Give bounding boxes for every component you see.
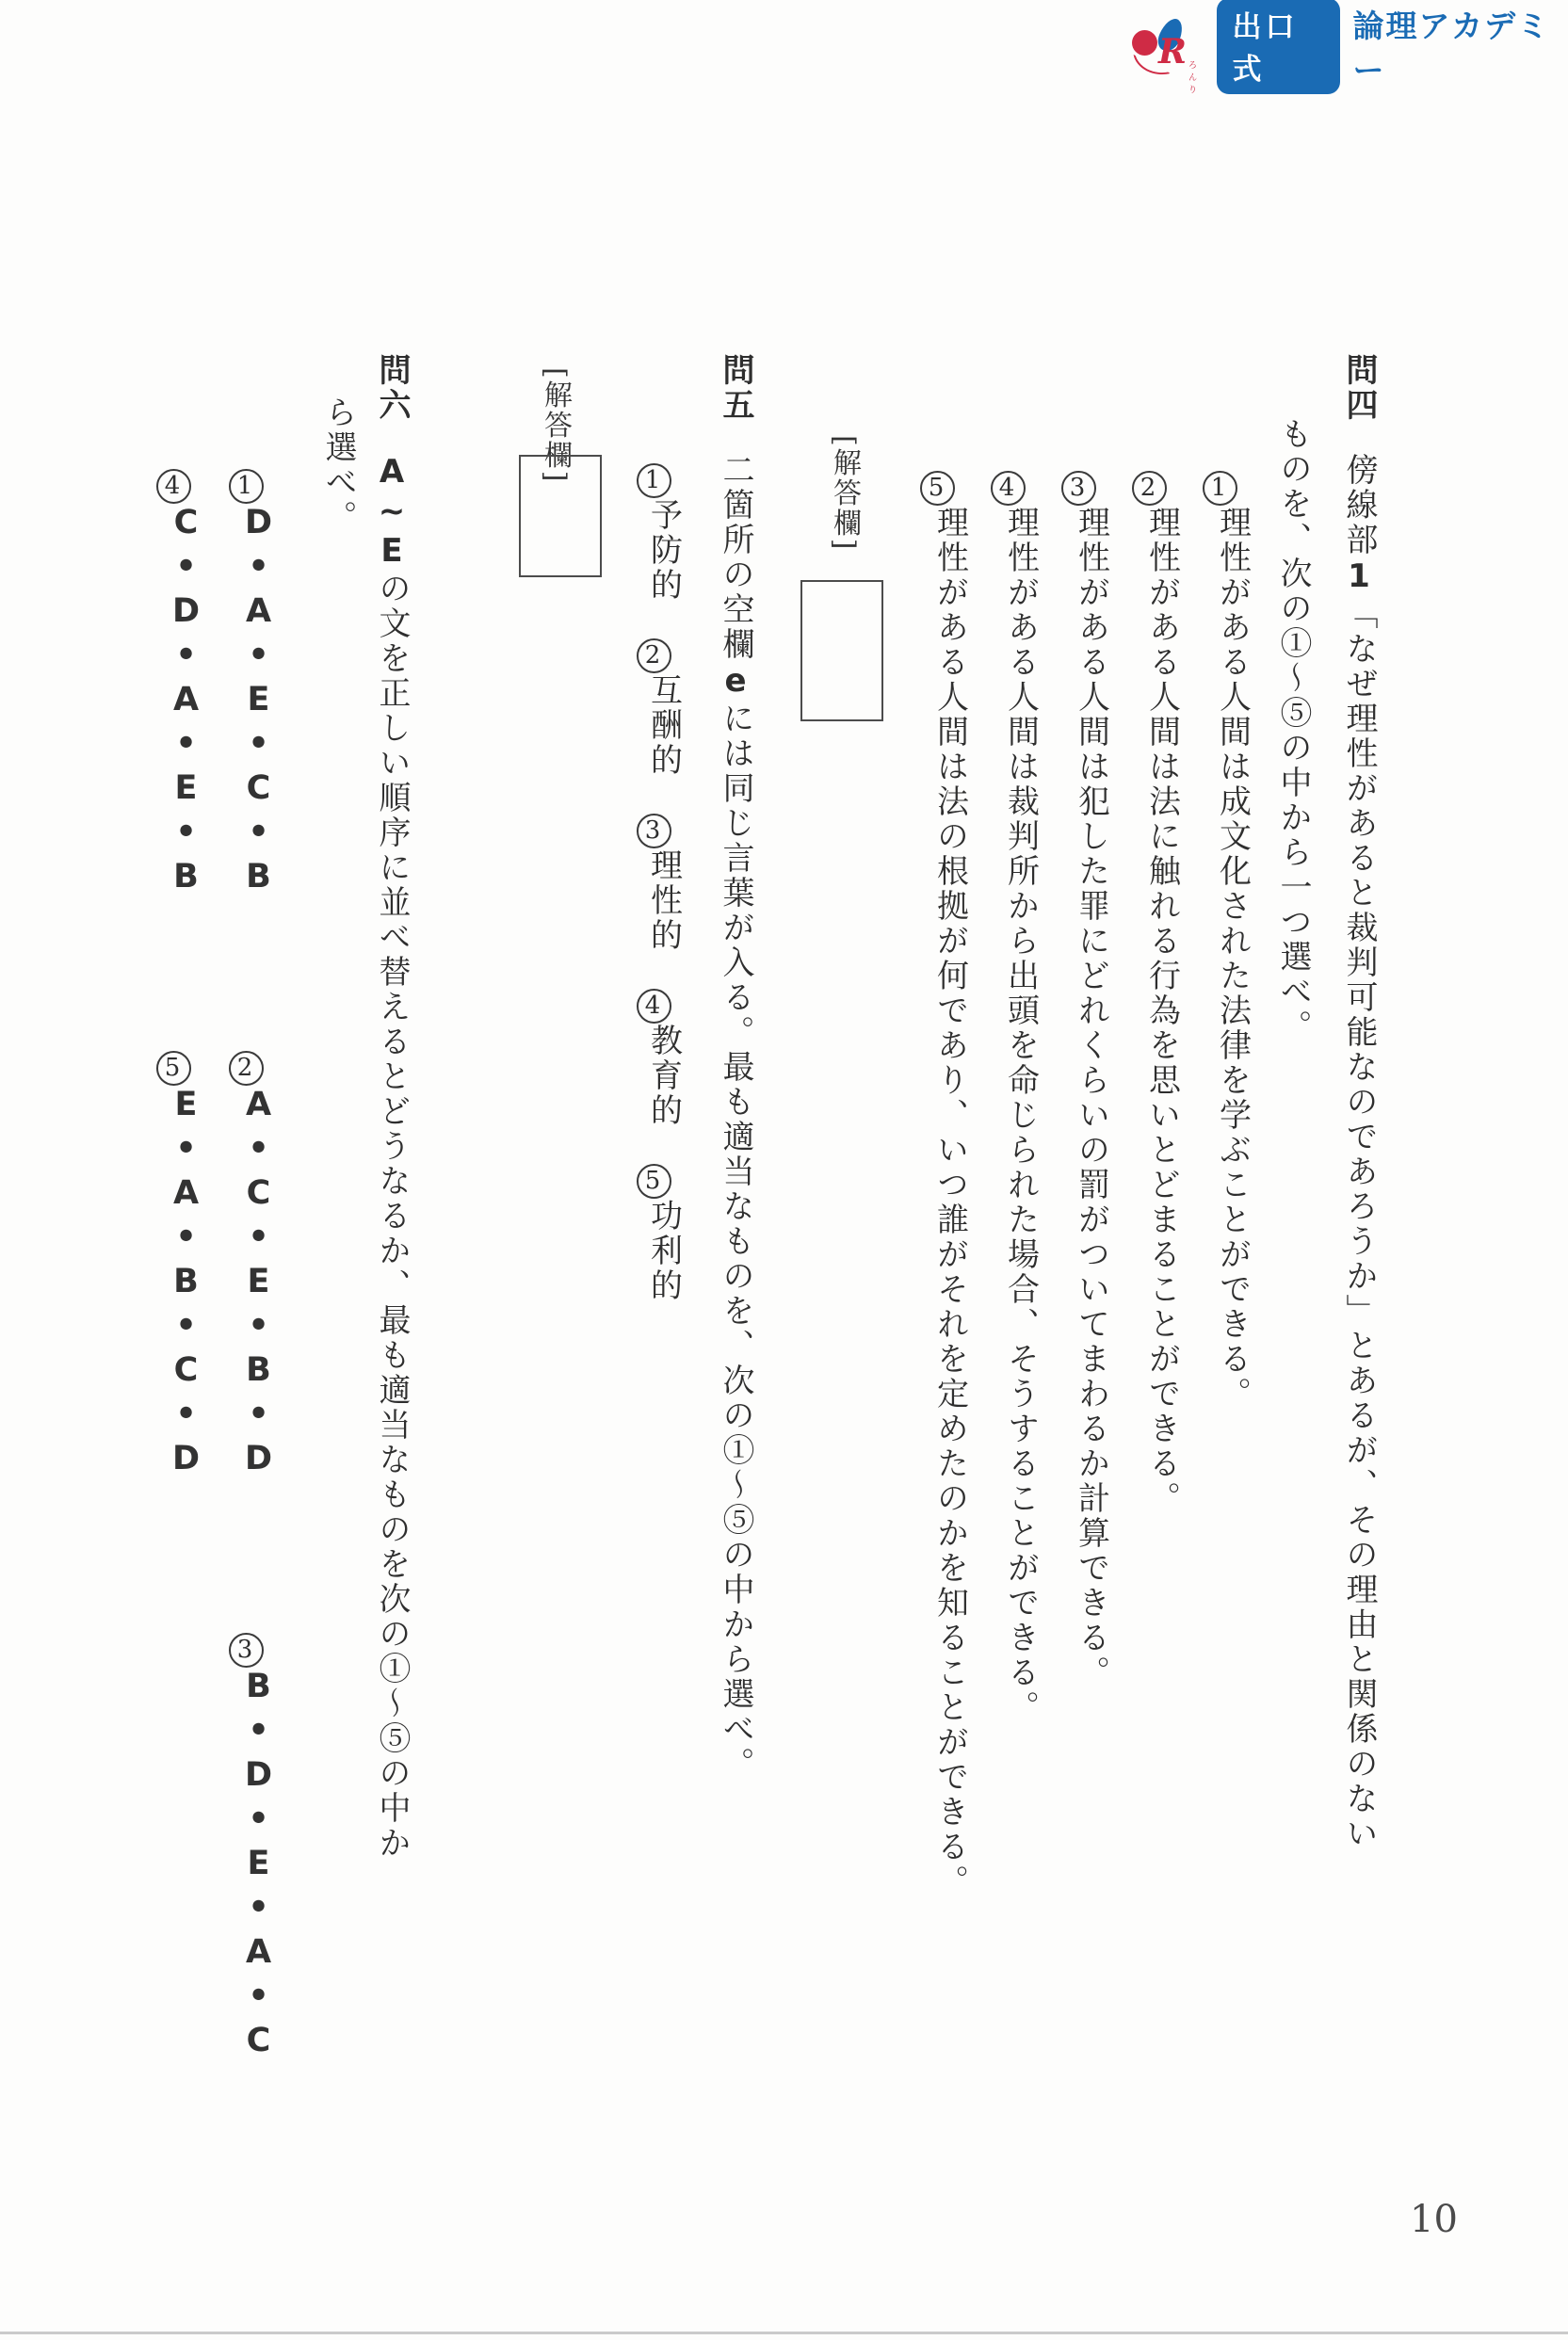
exam-page: R ろんり 出口式 論理アカデミー 問四傍線部1「なぜ理性があると裁判可能なので…	[0, 0, 1568, 2340]
q5-lead-pre: 二箇所の空欄	[717, 453, 754, 662]
q4-option-1: 1理性がある人間は成文化された法律を学ぶことができる。	[1203, 471, 1262, 1412]
circled-number-5: 5	[637, 1164, 671, 1199]
q4-option-2: 2理性がある人間は法に触れる行為を思いとどまることができる。	[1132, 471, 1191, 1516]
q4-lead-column-2: ものを、次の①〜⑤の中から一つ選べ。	[1271, 417, 1315, 1044]
q4-option-1-text: 理性がある人間は成文化された法律を学ぶことができる。	[1214, 506, 1252, 1412]
q4-lead-column-1: 問四傍線部1「なぜ理性があると裁判可能なのであろうか」とあるが、その理由と関係の…	[1337, 353, 1381, 1851]
q6-option-1-order: D•A•E•C•B	[240, 504, 278, 902]
q6-option-4: 4C•D•A•E•B	[168, 469, 205, 902]
circled-number-3: 3	[1061, 471, 1096, 506]
circled-number-4: 4	[991, 471, 1026, 506]
circled-number-2: 2	[1132, 471, 1167, 506]
q6-option-4-order: C•D•A•E•B	[168, 504, 205, 902]
header-logo: R ろんり 出口式 論理アカデミー	[1130, 17, 1568, 75]
circled-number-4: 4	[637, 989, 671, 1024]
q6-option-1: 1D•A•E•C•B	[240, 469, 278, 902]
q5-answer-box	[519, 455, 602, 577]
logo-title: 論理アカデミー	[1353, 2, 1568, 90]
q6-options-column-left: 4C•D•A•E•B5E•A•B•C•D	[156, 469, 216, 1484]
logo-r-letter: R	[1158, 32, 1187, 72]
q6-option-5-order: E•A•B•C•D	[168, 1086, 205, 1484]
q4-answer-box	[800, 580, 883, 721]
q5-option-2-label: 互酬的	[645, 673, 683, 778]
q4-option-4: 4理性がある人間は裁判所から出頭を命じられた場合、そうすることができる。	[991, 471, 1050, 1725]
q5-option-1-label: 予防的	[645, 498, 683, 603]
q6-option-3: 3B•D•E•A•C	[240, 1633, 278, 2066]
circled-number-2: 2	[229, 1051, 264, 1086]
q6-option-2-order: A•C•E•B•D	[240, 1086, 278, 1484]
q4-option-3: 3理性がある人間は犯した罪にどれくらいの罰がついてまわるか計算できる。	[1061, 471, 1121, 1690]
q5-option-3: 3理性的	[645, 814, 683, 953]
q4-lead-pre: 傍線部	[1340, 453, 1378, 557]
logo-furigana: ろんり	[1188, 58, 1204, 95]
q4-lead-rest: 「なぜ理性があると裁判可能なのであろうか」とあるが、その理由と関係のない	[1340, 597, 1378, 1851]
q5-lead-post: には同じ言葉が入る。最も適当なものを、次の①〜⑤の中から選べ。	[717, 702, 754, 1782]
circled-number-1: 1	[229, 469, 264, 504]
circled-number-2: 2	[637, 638, 671, 673]
circled-number-5: 5	[920, 471, 955, 506]
page-number: 10	[1410, 2198, 1458, 2241]
q5-heading: 問五	[717, 353, 754, 423]
circled-number-1: 1	[1203, 471, 1237, 506]
scan-bottom-edge	[0, 2332, 1568, 2334]
q6-option-5: 5E•A•B•C•D	[168, 1051, 205, 1484]
q4-option-5-text: 理性がある人間は法の根拠が何であり、いつ誰がそれを定めたのかを知ることができる。	[931, 506, 969, 1899]
q4-answer-label: [解答欄]	[822, 435, 865, 551]
circled-number-5: 5	[156, 1051, 191, 1086]
q6-option-2: 2A•C•E•B•D	[240, 1051, 278, 1484]
circled-number-3: 3	[229, 1633, 264, 1668]
q6-heading: 問六	[373, 353, 411, 423]
q6-lead-column-2: ら選べ。	[316, 395, 360, 535]
q6-lead-rest: の文を正しい順序に並べ替えるとどうなるか、最も適当なものを次の①〜⑤の中か	[373, 572, 411, 1861]
circled-number-3: 3	[637, 814, 671, 848]
q5-blank-letter: e	[717, 662, 754, 702]
q5-option-4-label: 教育的	[645, 1024, 683, 1128]
q4-option-3-text: 理性がある人間は犯した罪にどれくらいの罰がついてまわるか計算できる。	[1073, 506, 1110, 1690]
q5-option-5: 5功利的	[645, 1164, 683, 1303]
q5-option-5-label: 功利的	[645, 1199, 683, 1303]
q4-option-5: 5理性がある人間は法の根拠が何であり、いつ誰がそれを定めたのかを知ることができる…	[920, 471, 979, 1899]
q6-option-3-order: B•D•E•A•C	[240, 1668, 278, 2066]
q4-heading: 問四	[1340, 353, 1378, 423]
logo-badge: 出口式	[1217, 0, 1339, 94]
q4-option-2-text: 理性がある人間は法に触れる行為を思いとどまることができる。	[1143, 506, 1181, 1516]
q5-option-2: 2互酬的	[645, 638, 683, 778]
q4-lead-ref-number: 1	[1340, 557, 1378, 597]
q6-range-letters: A~E	[373, 453, 411, 572]
q5-option-3-label: 理性的	[645, 848, 683, 953]
q6-lead-column-1: 問六A~Eの文を正しい順序に並べ替えるとどうなるか、最も適当なものを次の①〜⑤の…	[370, 353, 413, 1861]
q6-options-column-right: 1D•A•E•C•B2A•C•E•B•D3B•D•E•A•C	[229, 469, 288, 2066]
q5-option-4: 4教育的	[645, 989, 683, 1128]
circled-number-4: 4	[156, 469, 191, 504]
q4-option-4-text: 理性がある人間は裁判所から出頭を命じられた場合、そうすることができる。	[1002, 506, 1040, 1725]
q5-lead-column: 問五二箇所の空欄eには同じ言葉が入る。最も適当なものを、次の①〜⑤の中から選べ。	[714, 353, 757, 1782]
q5-option-1: 1予防的	[645, 463, 683, 603]
circled-number-1: 1	[637, 463, 671, 498]
logo-mark-icon: R ろんり	[1130, 17, 1204, 75]
q5-options-column: 1予防的2互酬的3理性的4教育的5功利的	[637, 463, 690, 1303]
